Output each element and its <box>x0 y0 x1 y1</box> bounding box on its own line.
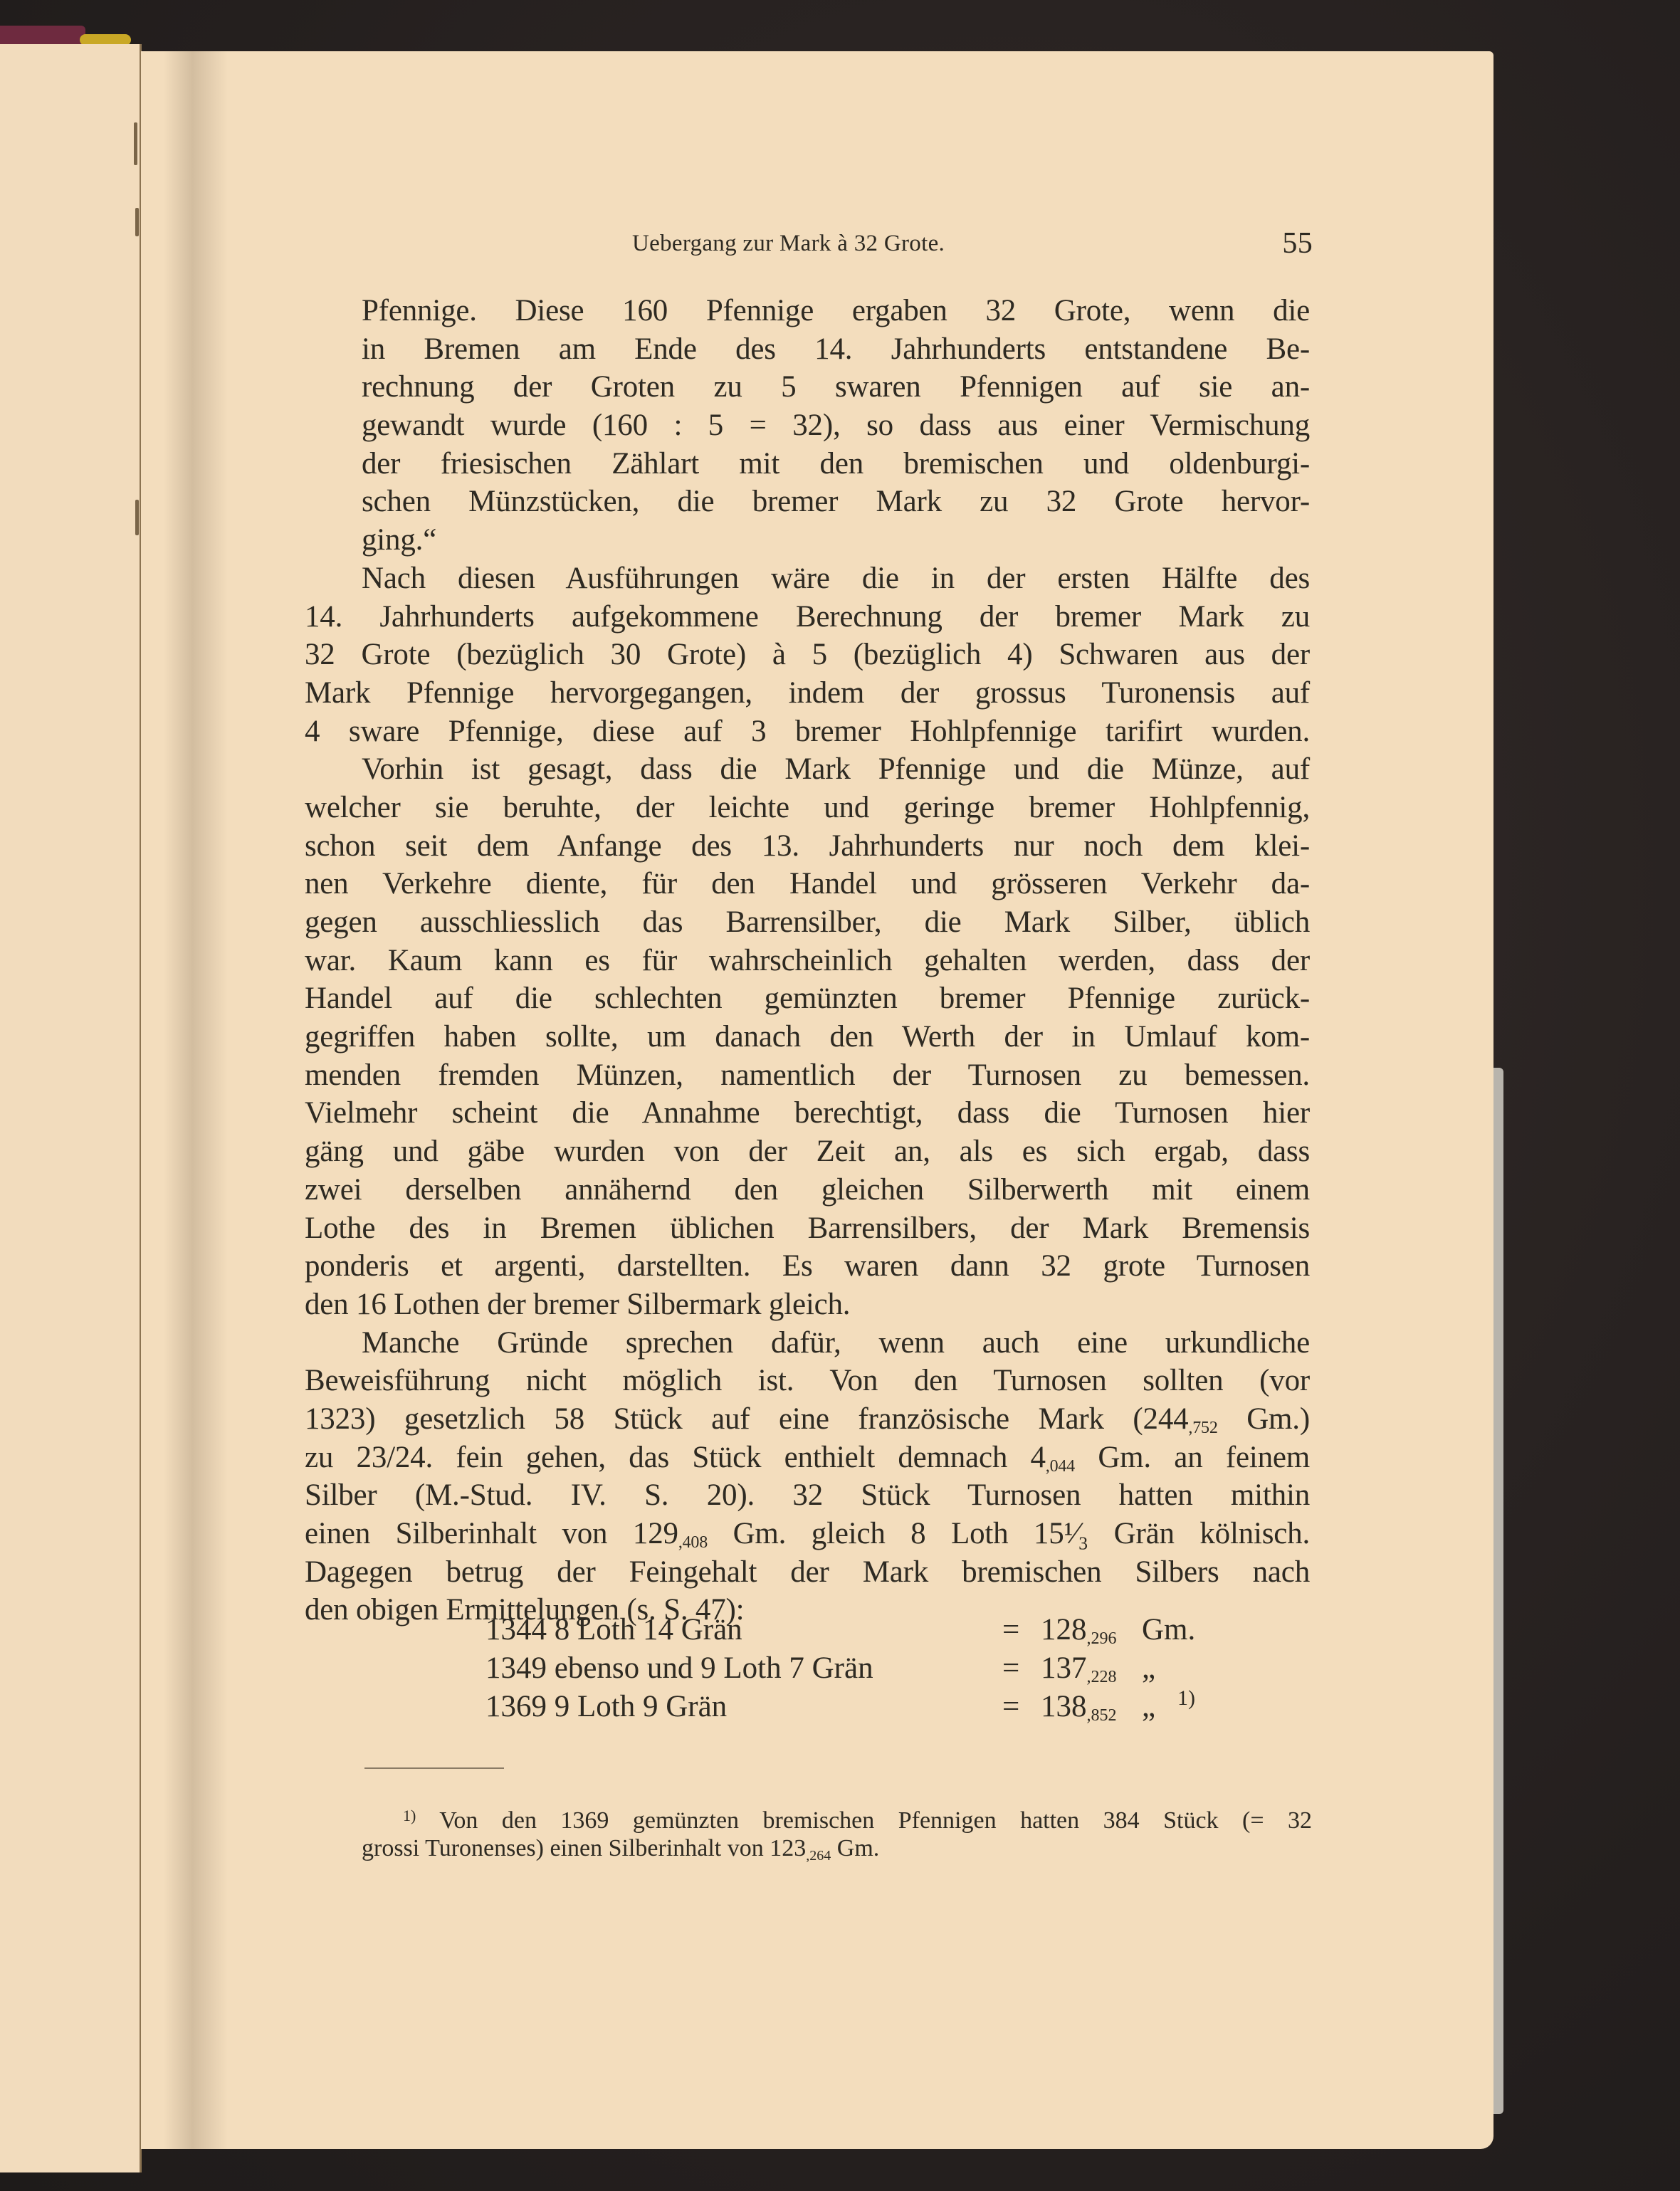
text-line: 14. Jahrhunderts aufgekommene Berechnung… <box>305 598 1310 636</box>
page-mark <box>134 122 137 165</box>
text-line: Silber (M.-Stud. IV. S. 20). 32 Stück Tu… <box>305 1476 1310 1515</box>
left-page-edge <box>0 44 142 2172</box>
footnote-marker: 1) <box>1177 1679 1195 1718</box>
text-line: gewandt wurde (160 : 5 = 32), so dass au… <box>362 406 1310 445</box>
text-line: Beweisführung nicht möglich ist. Von den… <box>305 1362 1310 1400</box>
text-line: ponderis et argenti, darstellten. Es war… <box>305 1247 1310 1286</box>
fineness-table: 1344 8 Loth 14 Grän = 128,296 Gm. 1349 e… <box>485 1611 1269 1726</box>
text-line: Dagegen betrug der Feingehalt der Mark b… <box>305 1553 1310 1592</box>
text-line: einen Silberinhalt von 129,408 Gm. gleic… <box>305 1515 1310 1553</box>
text-line: menden fremden Münzen, namentlich der Tu… <box>305 1056 1310 1095</box>
text-line: schen Münzstücken, die bremer Mark zu 32… <box>362 483 1310 521</box>
text-line: 4 sware Pfennige, diese auf 3 bremer Hoh… <box>305 713 1310 751</box>
text-line: Mark Pfennige hervorgegangen, indem der … <box>305 674 1310 713</box>
page-mark <box>135 208 139 236</box>
table-row: 1344 8 Loth 14 Grän = 128,296 Gm. <box>485 1611 1269 1649</box>
page-number: 55 <box>1282 226 1313 261</box>
text-line: in Bremen am Ende des 14. Jahrhunderts e… <box>362 330 1310 369</box>
text-line: welcher sie beruhte, der leichte und ger… <box>305 789 1310 827</box>
text-line: war. Kaum kann es für wahrscheinlich geh… <box>305 942 1310 980</box>
table-row: 1349 ebenso und 9 Loth 7 Grän = 137,228 … <box>485 1649 1269 1688</box>
text-line: gegen ausschliesslich das Barrensilber, … <box>305 903 1310 942</box>
body-text: Pfennige. Diese 160 Pfennige ergaben 32 … <box>362 292 1310 1629</box>
page-mark <box>135 500 139 535</box>
footnote-line: grossi Turonenses) einen Silberinhalt vo… <box>362 1832 1312 1865</box>
text-line: Vielmehr scheint die Annahme berechtigt,… <box>305 1094 1310 1133</box>
text-line: Handel auf die schlechten gemünzten brem… <box>305 979 1310 1018</box>
gutter-shadow <box>164 51 228 2149</box>
text-line: Vorhin ist gesagt, dass die Mark Pfennig… <box>305 750 1310 789</box>
text-line: 32 Grote (bezüglich 30 Grote) à 5 (bezüg… <box>305 636 1310 674</box>
footnote: 1) Von den 1369 gemünzten bremischen Pfe… <box>362 1799 1312 1865</box>
text-line: Nach diesen Ausführungen wäre die in der… <box>305 559 1310 598</box>
footnote-line: 1) Von den 1369 gemünzten bremischen Pfe… <box>362 1799 1312 1832</box>
text-line: schon seit dem Anfange des 13. Jahrhunde… <box>305 827 1310 866</box>
page-stack-edge <box>1493 1068 1503 2114</box>
running-title: Uebergang zur Mark à 32 Grote. <box>632 231 945 257</box>
text-line: 1323) gesetzlich 58 Stück auf eine franz… <box>305 1400 1310 1439</box>
text-line: den 16 Lothen der bremer Silbermark glei… <box>305 1286 1310 1324</box>
text-line: der friesischen Zählart mit den bremisch… <box>362 445 1310 483</box>
text-line: nen Verkehre diente, für den Handel und … <box>305 865 1310 903</box>
text-line: gäng und gäbe wurden von der Zeit an, al… <box>305 1133 1310 1171</box>
text-line: zu 23/24. fein gehen, das Stück enthielt… <box>305 1439 1310 1477</box>
book-cover-edge <box>0 26 85 44</box>
text-line: gegriffen haben sollte, um danach den We… <box>305 1018 1310 1056</box>
text-line: ging.“ <box>362 521 1310 559</box>
text-line: Manche Gründe sprechen dafür, wenn auch … <box>305 1324 1310 1362</box>
table-row: 1369 9 Loth 9 Grän = 138,852 „ 1) <box>485 1688 1269 1726</box>
text-line: Lothe des in Bremen üblichen Barrensilbe… <box>305 1209 1310 1248</box>
text-line: Pfennige. Diese 160 Pfennige ergaben 32 … <box>362 292 1310 330</box>
text-line: rechnung der Groten zu 5 swaren Pfennige… <box>362 368 1310 406</box>
footnote-rule <box>364 1767 504 1769</box>
text-line: zwei derselben annähernd den gleichen Si… <box>305 1171 1310 1209</box>
running-header: Uebergang zur Mark à 32 Grote. 55 <box>632 226 1313 262</box>
